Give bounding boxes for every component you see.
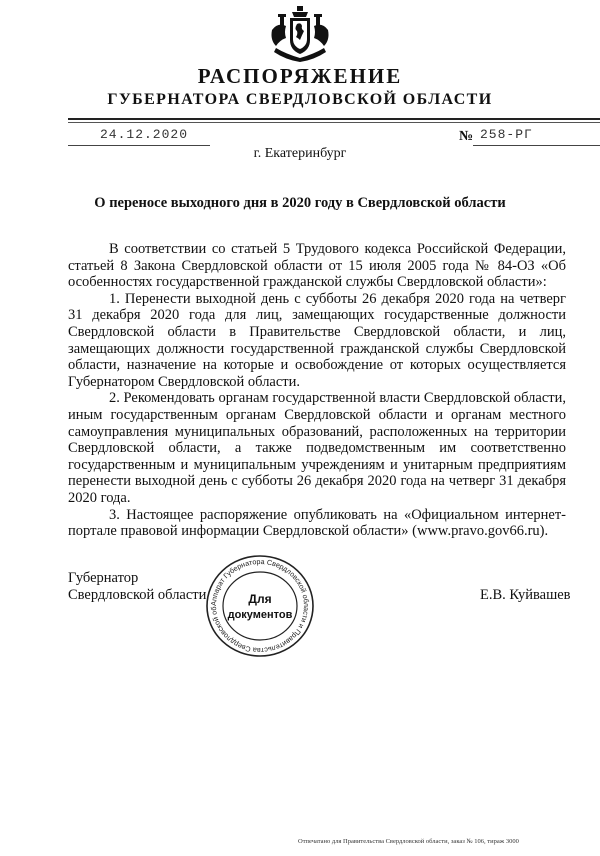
issuer-title: ГУБЕРНАТОРА СВЕРДЛОВСКОЙ ОБЛАСТИ xyxy=(0,91,600,109)
coat-of-arms-icon xyxy=(268,4,332,62)
signatory-position: Губернатор Свердловской области xyxy=(68,570,206,603)
document-date: 24.12.2020 xyxy=(100,127,188,142)
position-line-2: Свердловской области xyxy=(68,587,206,604)
document-body: В соответствии со статьей 5 Трудового ко… xyxy=(68,241,566,540)
header-divider-thin xyxy=(68,122,600,123)
number-sign: № xyxy=(459,129,473,145)
preamble-paragraph: В соответствии со статьей 5 Трудового ко… xyxy=(68,241,566,291)
signatory-name: Е.В. Куйвашев xyxy=(480,587,571,604)
clause-1: 1. Перенести выходной день с субботы 26 … xyxy=(68,291,566,391)
clause-2: 2. Рекомендовать органам государственной… xyxy=(68,390,566,506)
position-line-1: Губернатор xyxy=(68,570,206,587)
document-number: 258-РГ xyxy=(480,127,533,142)
document-type-title: РАСПОРЯЖЕНИЕ xyxy=(0,64,600,89)
city: г. Екатеринбург xyxy=(0,146,600,162)
stamp-center-line-2: документов xyxy=(228,609,293,621)
header-divider xyxy=(68,118,600,120)
document-heading: О переносе выходного дня в 2020 году в С… xyxy=(0,195,600,212)
clause-3: 3. Настоящее распоряжение опубликовать н… xyxy=(68,507,566,540)
print-note: Отпечатано для Правительства Свердловско… xyxy=(298,838,519,845)
official-stamp: Аппарат Губернатора Свердловской области… xyxy=(204,553,316,659)
stamp-center-line-1: Для xyxy=(248,592,271,606)
